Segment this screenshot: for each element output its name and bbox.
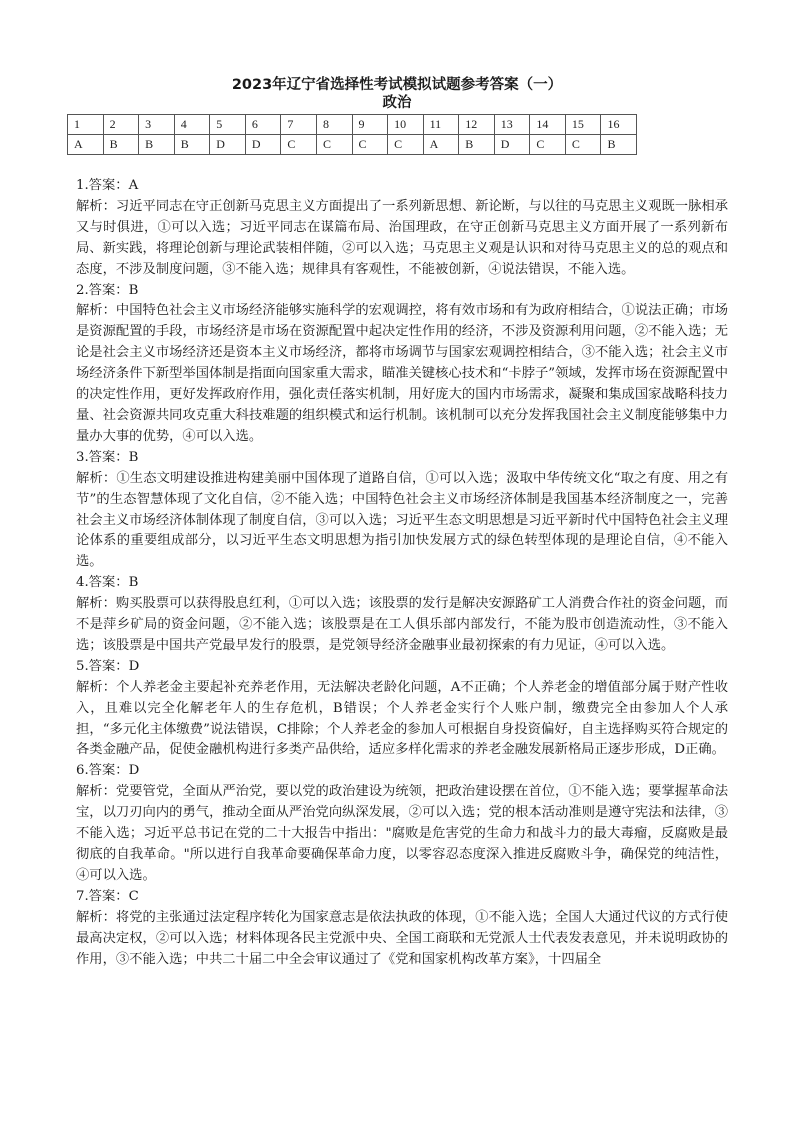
answer-cell: B: [601, 135, 637, 155]
question-6-analysis: 解析：党要管党，全面从严治党，要以党的政治建设为统领，把政治建设摆在首位，①不能…: [76, 782, 728, 887]
answer-key-table: 1 2 3 4 5 6 7 8 9 10 11 12 13 14 15 16 A…: [67, 114, 637, 155]
question-1-answer: 1.答案：A: [76, 176, 728, 197]
question-number-cell: 4: [174, 115, 210, 135]
question-number-cell: 11: [423, 115, 459, 135]
answer-cell: A: [423, 135, 459, 155]
document-subject: 政治: [0, 94, 794, 112]
answer-cell: C: [565, 135, 601, 155]
answer-cell: C: [530, 135, 566, 155]
question-1-analysis: 解析：习近平同志在守正创新马克思主义方面提出了一系列新思想、新论断，与以往的马克…: [76, 197, 728, 281]
question-number-cell: 1: [68, 115, 104, 135]
question-6-answer: 6.答案：D: [76, 761, 728, 782]
question-number-cell: 3: [139, 115, 175, 135]
answer-cell: C: [352, 135, 388, 155]
question-number-cell: 9: [352, 115, 388, 135]
question-7-analysis: 解析：将党的主张通过法定程序转化为国家意志是依法执政的体现，①不能入选；全国人大…: [76, 908, 728, 971]
answer-cell: B: [459, 135, 495, 155]
answer-cell: B: [174, 135, 210, 155]
question-number-cell: 5: [210, 115, 246, 135]
question-2-answer: 2.答案：B: [76, 281, 728, 302]
question-2-analysis: 解析：中国特色社会主义市场经济能够实施科学的宏观调控，将有效市场和有为政府相结合…: [76, 301, 728, 447]
question-4-analysis: 解析：购买股票可以获得股息红利，①可以入选；该股票的发行是解决安源路矿工人消费合…: [76, 594, 728, 657]
question-4-answer: 4.答案：B: [76, 573, 728, 594]
question-number-cell: 10: [388, 115, 424, 135]
answer-explanations: 1.答案：A 解析：习近平同志在守正创新马克思主义方面提出了一系列新思想、新论断…: [76, 176, 728, 970]
answer-cell: D: [210, 135, 246, 155]
question-5-analysis: 解析：个人养老金主要起补充养老作用，无法解决老龄化问题，A不正确；个人养老金的增…: [76, 678, 728, 762]
question-number-cell: 6: [245, 115, 281, 135]
answer-cell: D: [494, 135, 530, 155]
answer-cell: C: [316, 135, 352, 155]
question-number-cell: 15: [565, 115, 601, 135]
answer-cell: C: [388, 135, 424, 155]
answer-key-answers-row: A B B B D D C C C C A B D C C B: [68, 135, 637, 155]
question-3-analysis: 解析：①生态文明建设推进构建美丽中国体现了道路自信，①可以入选；汲取中华传统文化…: [76, 469, 728, 574]
answer-key-numbers-row: 1 2 3 4 5 6 7 8 9 10 11 12 13 14 15 16: [68, 115, 637, 135]
answer-cell: D: [245, 135, 281, 155]
answer-cell: A: [68, 135, 104, 155]
question-number-cell: 8: [316, 115, 352, 135]
answer-cell: B: [103, 135, 139, 155]
question-5-answer: 5.答案：D: [76, 657, 728, 678]
answer-cell: B: [139, 135, 175, 155]
question-3-answer: 3.答案：B: [76, 448, 728, 469]
question-number-cell: 16: [601, 115, 637, 135]
document-title: 2023年辽宁省选择性考试模拟试题参考答案（一）: [0, 76, 794, 94]
question-number-cell: 12: [459, 115, 495, 135]
question-number-cell: 14: [530, 115, 566, 135]
question-number-cell: 7: [281, 115, 317, 135]
question-7-answer: 7.答案：C: [76, 887, 728, 908]
question-number-cell: 13: [494, 115, 530, 135]
question-number-cell: 2: [103, 115, 139, 135]
answer-cell: C: [281, 135, 317, 155]
